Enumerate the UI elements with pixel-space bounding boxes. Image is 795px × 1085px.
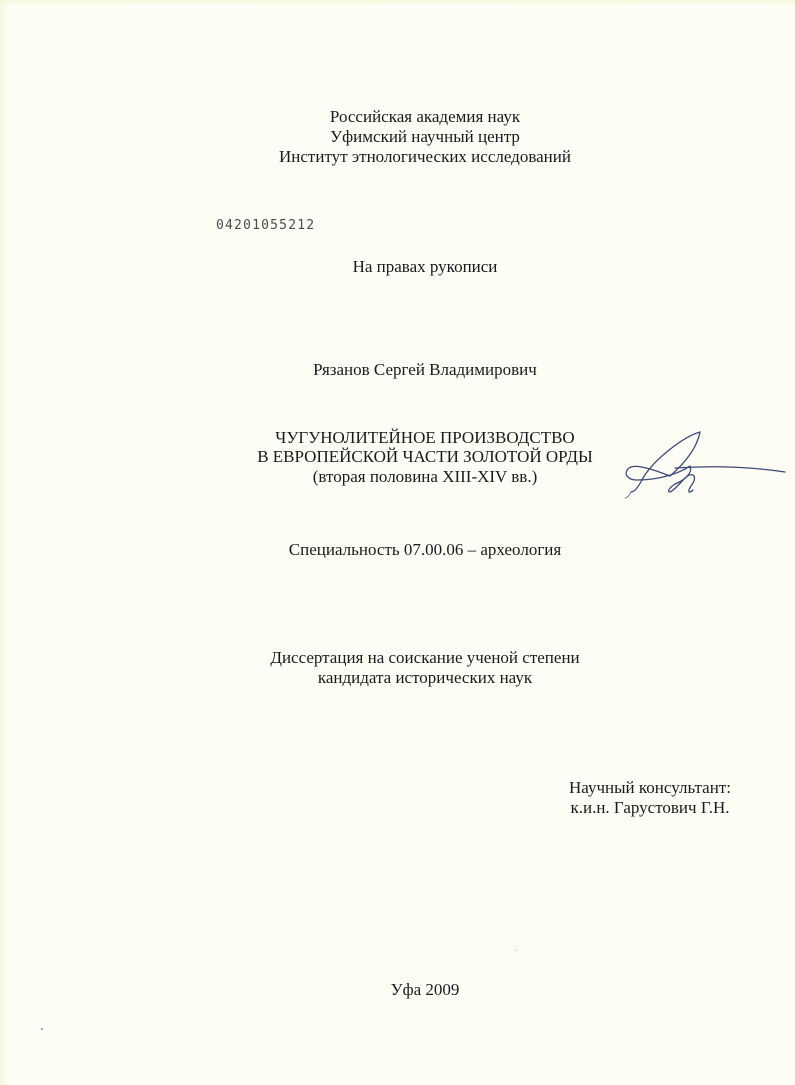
scan-speck bbox=[515, 950, 516, 951]
page-edge bbox=[0, 0, 795, 6]
advisor-label: Научный консультант: bbox=[520, 778, 780, 798]
manuscript-note: На правах рукописи bbox=[0, 257, 795, 277]
library-stamp-number: 04201055212 bbox=[216, 218, 315, 233]
specialty: Специальность 07.00.06 – археология bbox=[0, 540, 795, 560]
degree-line-2: кандидата исторических наук bbox=[0, 668, 795, 688]
header-line-center: Уфимский научный центр bbox=[0, 127, 795, 147]
signature-icon bbox=[615, 418, 795, 503]
degree-line-1: Диссертация на соискание ученой степени bbox=[0, 648, 795, 668]
scan-speck bbox=[41, 1028, 43, 1030]
header-line-institute: Институт этнологических исследований bbox=[0, 147, 795, 167]
advisor-name: к.и.н. Гарустович Г.Н. bbox=[520, 798, 780, 818]
author-name: Рязанов Сергей Владимирович bbox=[0, 360, 795, 380]
header-line-academy: Российская академия наук bbox=[0, 107, 795, 127]
city-year: Уфа 2009 bbox=[0, 980, 795, 1000]
